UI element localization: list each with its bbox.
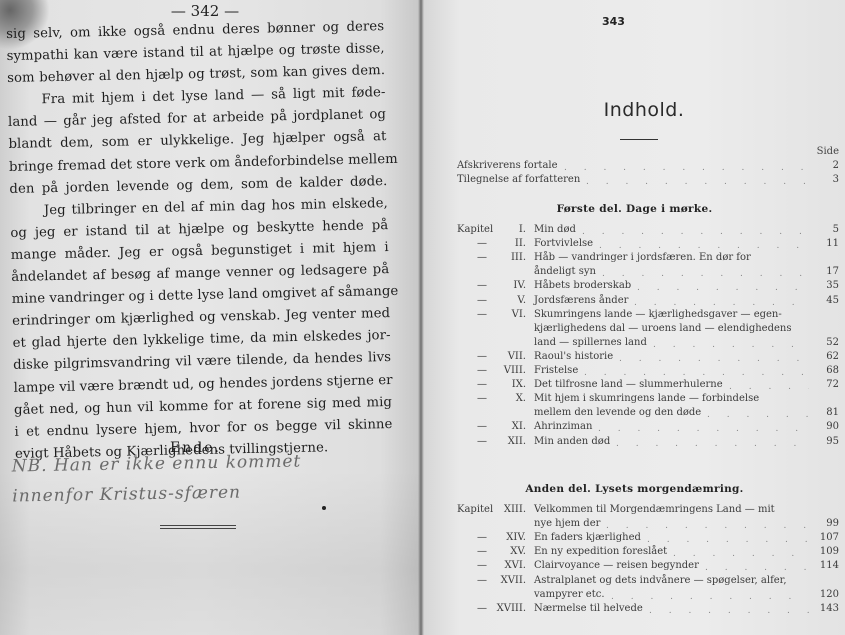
chapter-numeral: XIII. [484, 504, 526, 515]
toc-chapter-row: mellem den levende og den døde. . . . . … [424, 407, 845, 421]
leader-dots: . . . . . . . . . . . . . . . . . . . . … [729, 382, 809, 392]
leader-dots: . . . . . . . . . . . . . . . . . . . . … [653, 340, 809, 350]
leader-dots: . . . . . . . . . . . . . . . . . . . . … [637, 283, 809, 293]
leader-dots: . . . . . . . . . . . . . . . . . . . . … [647, 535, 809, 545]
toc-chapter-row: —XV.En ny expedition foreslået. . . . . … [424, 546, 845, 560]
page-ref: 3 [809, 174, 839, 185]
ink-dot [322, 506, 326, 510]
page-ref: 35 [809, 280, 839, 291]
leader-dots: . . . . . . . . . . . . . . . . . . . . … [707, 410, 809, 420]
side-column-header: Side [817, 146, 839, 157]
toc-chapter-row: —XI.Ahrinziman. . . . . . . . . . . . . … [424, 421, 845, 435]
entry-title: Skumringens lande — kjærlighedsgaver — e… [534, 309, 782, 320]
entry-title: Min død [534, 224, 576, 235]
entry-title: nye hjem der [534, 518, 600, 529]
chapter-numeral: IV. [484, 280, 526, 291]
chapter-numeral: III. [484, 252, 526, 263]
part-heading: Anden del. Lysets morgendæmring. [424, 483, 845, 495]
entry-title: En ny expedition foreslået [534, 546, 667, 557]
entry-title: En faders kjærlighed [534, 532, 641, 543]
page-ref: 95 [809, 436, 839, 447]
chapter-numeral: VIII. [484, 365, 526, 376]
page-ref: 52 [809, 337, 839, 348]
end-double-rule [160, 525, 236, 529]
chapter-numeral: XVIII. [484, 603, 526, 614]
leader-dots: . . . . . . . . . . . . . . . . . . . . … [606, 521, 809, 531]
leader-dots: . . . . . . . . . . . . . . . . . . . . … [619, 354, 809, 364]
toc-chapter-row: —VIII.Fristelse. . . . . . . . . . . . .… [424, 365, 845, 379]
toc-chapter-row: KapitelXIII.Velkommen til Morgendæmringe… [424, 504, 845, 518]
leader-dots: . . . . . . . . . . . . . . . . . . . . … [564, 163, 809, 173]
chapter-numeral: XII. [484, 436, 526, 447]
entry-title: Ahrinziman [534, 421, 592, 432]
entry-title: mellem den levende og den døde [534, 407, 701, 418]
entry-title: Fristelse [534, 365, 578, 376]
chapter-numeral: XV. [484, 546, 526, 557]
toc-chapter-row: —X.Mit hjem i skumringens lande — forbin… [424, 393, 845, 407]
front-matter-row: Tilegnelse af forfatteren. . . . . . . .… [424, 174, 845, 188]
page-number-left: — 342 — [150, 2, 260, 20]
handwritten-line-2: innenfor Kristus-sfæren [12, 475, 412, 512]
entry-title: Tilegnelse af forfatteren [457, 174, 580, 185]
entry-title: Mit hjem i skumringens lande — forbindel… [534, 393, 759, 404]
page-ref: 11 [809, 238, 839, 249]
chapter-numeral: XIV. [484, 532, 526, 543]
toc-chapter-row: —XII.Min anden død. . . . . . . . . . . … [424, 436, 845, 450]
toc-chapter-row: —V.Jordsfærens ånder. . . . . . . . . . … [424, 295, 845, 309]
toc-chapter-row: åndeligt syn. . . . . . . . . . . . . . … [424, 266, 845, 280]
page-ref: 68 [809, 365, 839, 376]
entry-title: åndeligt syn [534, 266, 596, 277]
entry-title: Velkommen til Morgendæmringens Land — mi… [534, 504, 775, 515]
entry-title: Håbets broderskab [534, 280, 631, 291]
leader-dots: . . . . . . . . . . . . . . . . . . . . … [602, 269, 809, 279]
toc-chapter-row: —XVI.Clairvoyance — reisen begynder. . .… [424, 560, 845, 574]
chapter-numeral: V. [484, 295, 526, 306]
leader-dots: . . . . . . . . . . . . . . . . . . . . … [616, 439, 809, 449]
toc-chapter-row: land — spillernes land. . . . . . . . . … [424, 337, 845, 351]
entry-title: vampyrer etc. [534, 589, 605, 600]
chapter-numeral: IX. [484, 379, 526, 390]
leader-dots: . . . . . . . . . . . . . . . . . . . . … [705, 563, 809, 573]
page-ref: 17 [809, 266, 839, 277]
page-ref: 5 [809, 224, 839, 235]
chapter-numeral: I. [484, 224, 526, 235]
entry-title: Det tilfrosne land — slummerhulerne [534, 379, 723, 390]
toc-chapter-row: nye hjem der. . . . . . . . . . . . . . … [424, 518, 845, 532]
entry-title: Raoul's historie [534, 351, 613, 362]
toc-chapter-row: —VII.Raoul's historie. . . . . . . . . .… [424, 351, 845, 365]
page-ref: 109 [809, 546, 839, 557]
toc-title: Indhold. [564, 99, 724, 121]
page-number-right: 343 [602, 15, 625, 28]
part-heading: Første del. Dage i mørke. [424, 203, 845, 215]
entry-title: kjærlighedens dal — uroens land — elendi… [534, 323, 791, 334]
toc-chapter-row: —III.Håb — vandringer i jordsfæren. En d… [424, 252, 845, 266]
chapter-numeral: II. [484, 238, 526, 249]
leader-dots: . . . . . . . . . . . . . . . . . . . . … [673, 549, 809, 559]
leader-dots: . . . . . . . . . . . . . . . . . . . . … [599, 241, 809, 251]
toc-chapter-row: —VI.Skumringens lande — kjærlighedsgaver… [424, 309, 845, 323]
toc-chapter-row: —II.Fortvivlelse. . . . . . . . . . . . … [424, 238, 845, 252]
entry-title: Min anden død [534, 436, 610, 447]
toc-chapter-row: kjærlighedens dal — uroens land — elendi… [424, 323, 845, 337]
leader-dots: . . . . . . . . . . . . . . . . . . . . … [586, 177, 809, 187]
book-spread: — 342 — sig selv, om ikke også endnu der… [0, 0, 845, 635]
page-ref: 143 [809, 603, 839, 614]
leader-dots: . . . . . . . . . . . . . . . . . . . . … [649, 606, 809, 616]
leader-dots: . . . . . . . . . . . . . . . . . . . . … [611, 592, 809, 602]
toc-chapter-row: KapitelI.Min død. . . . . . . . . . . . … [424, 224, 845, 238]
toc-chapter-row: —XVIII.Nærmelse til helvede. . . . . . .… [424, 603, 845, 617]
right-page: 343 Indhold. Side Afskriverens fortale. … [424, 0, 845, 635]
toc-chapter-row: —XVII.Astralplanet og dets indvånere — s… [424, 575, 845, 589]
leader-dots: . . . . . . . . . . . . . . . . . . . . … [582, 227, 809, 237]
entry-title: Jordsfærens ånder [534, 295, 628, 306]
leader-dots: . . . . . . . . . . . . . . . . . . . . … [584, 368, 809, 378]
toc-chapter-row: —XIV.En faders kjærlighed. . . . . . . .… [424, 532, 845, 546]
toc-chapter-row: vampyrer etc.. . . . . . . . . . . . . .… [424, 589, 845, 603]
page-ref: 114 [809, 560, 839, 571]
handwritten-note: NB. Han er ikke ennu kommet innenfor Kri… [12, 445, 413, 512]
entry-title: Afskriverens fortale [457, 160, 558, 171]
chapter-numeral: XVI. [484, 560, 526, 571]
page-ref: 120 [809, 589, 839, 600]
toc-chapter-row: —IX.Det tilfrosne land — slummerhulerne.… [424, 379, 845, 393]
chapter-numeral: XI. [484, 421, 526, 432]
front-matter-row: Afskriverens fortale. . . . . . . . . . … [424, 160, 845, 174]
page-ref: 90 [809, 421, 839, 432]
leader-dots: . . . . . . . . . . . . . . . . . . . . … [634, 298, 809, 308]
entry-title: Astralplanet og dets indvånere — spøgels… [534, 575, 787, 586]
page-ref: 72 [809, 379, 839, 390]
page-ref: 107 [809, 532, 839, 543]
left-page: — 342 — sig selv, om ikke også endnu der… [0, 0, 420, 635]
chapter-numeral: VII. [484, 351, 526, 362]
entry-title: land — spillernes land [534, 337, 647, 348]
entry-title: Nærmelse til helvede [534, 603, 643, 614]
page-ref: 81 [809, 407, 839, 418]
page-ref: 99 [809, 518, 839, 529]
page-ref: 62 [809, 351, 839, 362]
page-ref: 2 [809, 160, 839, 171]
chapter-numeral: VI. [484, 309, 526, 320]
page-ref: 45 [809, 295, 839, 306]
entry-title: Fortvivlelse [534, 238, 593, 249]
toc-chapter-row: —IV.Håbets broderskab. . . . . . . . . .… [424, 280, 845, 294]
leader-dots: . . . . . . . . . . . . . . . . . . . . … [598, 424, 809, 434]
entry-title: Håb — vandringer i jordsfæren. En dør fo… [534, 252, 751, 263]
chapter-numeral: XVII. [484, 575, 526, 586]
chapter-numeral: X. [484, 393, 526, 404]
title-rule [620, 139, 658, 140]
body-text: sig selv, om ikke også endnu deres bønne… [6, 16, 393, 466]
entry-title: Clairvoyance — reisen begynder [534, 560, 699, 571]
